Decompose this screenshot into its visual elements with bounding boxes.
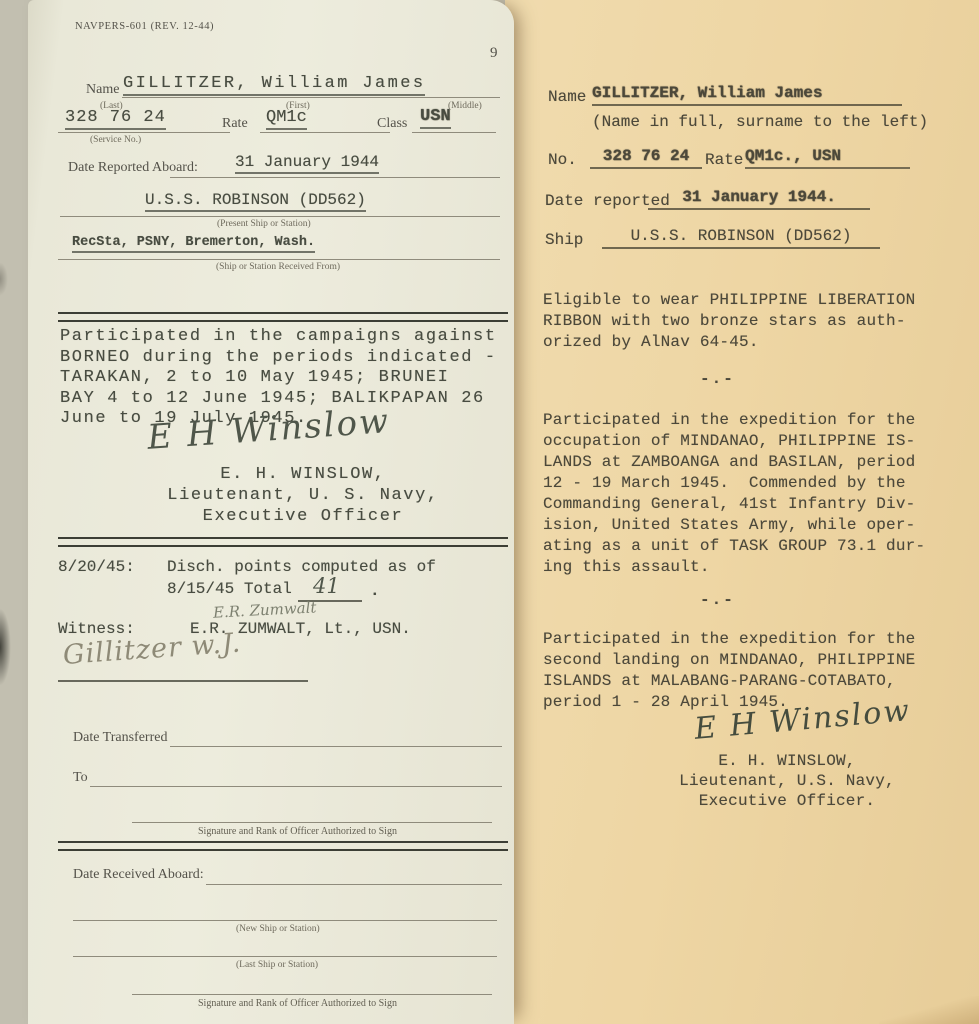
rate-value: QM1c., USN [745, 147, 910, 169]
class-label: Class [377, 116, 407, 132]
form-rule [132, 822, 492, 823]
name-value: GILLITZER, William James [592, 84, 902, 106]
present-ship-value: U.S.S. ROBINSON (DD562) [145, 191, 366, 212]
caption-officer-sign: Signature and Rank of Officer Authorized… [198, 826, 397, 837]
name-label: Name [548, 88, 586, 106]
ship-label: Ship [545, 231, 583, 249]
caption-middle: (Middle) [448, 101, 482, 111]
double-rule [58, 312, 508, 322]
date-received-label: Date Received Aboard: [73, 867, 204, 883]
left-page: NAVPERS-601 (REV. 12-44) 9 Name GILLITZE… [28, 0, 514, 1024]
form-id: NAVPERS-601 (REV. 12-44) [75, 21, 214, 32]
form-rule [170, 746, 502, 747]
to-label: To [73, 770, 88, 786]
form-rule [260, 132, 390, 133]
service-number-value: 328 76 24 [65, 108, 166, 130]
double-rule [58, 841, 508, 851]
points-handwritten: 41 [313, 574, 340, 598]
caption-present-ship: (Present Ship or Station) [217, 219, 311, 229]
class-value: USN [420, 107, 451, 129]
zumwalt-signature-script: E.R. Zumwalt [213, 598, 317, 621]
discharge-line2: 8/15/45 Total [167, 580, 292, 598]
service-number-value: 328 76 24 [590, 147, 702, 169]
service-number-label: No. [548, 151, 577, 169]
date-reported-label: Date Reported Aboard: [68, 160, 198, 176]
caption-last-ship: (Last Ship or Station) [236, 960, 318, 970]
winslow-signature-block: E. H. WINSLOW, Lieutenant, U. S. Navy, E… [133, 464, 473, 527]
caption-new-ship: (New Ship or Station) [236, 924, 320, 934]
signature-underline [58, 680, 308, 682]
scan-artifact [0, 608, 11, 686]
form-rule [132, 994, 492, 995]
name-label: Name [86, 82, 119, 98]
name-caption: (Name in full, surname to the left) [592, 113, 928, 131]
scanned-document: Name GILLITZER, William James (Name in f… [0, 0, 979, 1024]
ship-value: U.S.S. ROBINSON (DD562) [602, 227, 880, 249]
date-reported-value: 31 January 1944 [235, 153, 379, 174]
section-separator: -.- [700, 370, 735, 388]
form-rule [206, 884, 502, 885]
form-rule [73, 956, 497, 957]
right-page: Name GILLITZER, William James (Name in f… [505, 0, 979, 1024]
scan-artifact [0, 262, 8, 296]
caption-officer-sign: Signature and Rank of Officer Authorized… [198, 998, 397, 1009]
form-rule [60, 216, 500, 217]
date-reported-value: 31 January 1944. [648, 188, 870, 210]
winslow-signature-block: E. H. WINSLOW, Lieutenant, U.S. Navy, Ex… [657, 751, 917, 811]
caption-service-no: (Service No.) [90, 135, 141, 145]
rate-label: Rate [222, 116, 248, 132]
date-transferred-label: Date Transferred [73, 730, 167, 746]
received-from-value: RecSta, PSNY, Bremerton, Wash. [72, 235, 315, 253]
rate-label: Rate [705, 151, 743, 169]
eligible-paragraph: Eligible to wear PHILIPPINE LIBERATION R… [543, 290, 953, 353]
form-rule [122, 97, 500, 98]
discharge-line1: Disch. points computed as of [167, 558, 436, 576]
occupation-paragraph: Participated in the expedition for the o… [543, 410, 953, 578]
form-rule [58, 259, 500, 260]
form-rule [73, 920, 497, 921]
page-corner-shadow [879, 996, 979, 1024]
rate-value: QM1c [266, 108, 307, 130]
caption-received-from: (Ship or Station Received From) [216, 262, 340, 272]
form-rule [58, 132, 230, 133]
form-rule [90, 786, 502, 787]
name-value: GILLITZER, William James [123, 74, 425, 96]
form-rule [412, 132, 496, 133]
section-separator: -.- [700, 591, 735, 609]
form-rule [170, 177, 500, 178]
double-rule [58, 537, 508, 547]
page-number: 9 [490, 45, 498, 62]
discharge-date: 8/20/45: [58, 558, 135, 576]
period-mark: . [370, 582, 380, 600]
